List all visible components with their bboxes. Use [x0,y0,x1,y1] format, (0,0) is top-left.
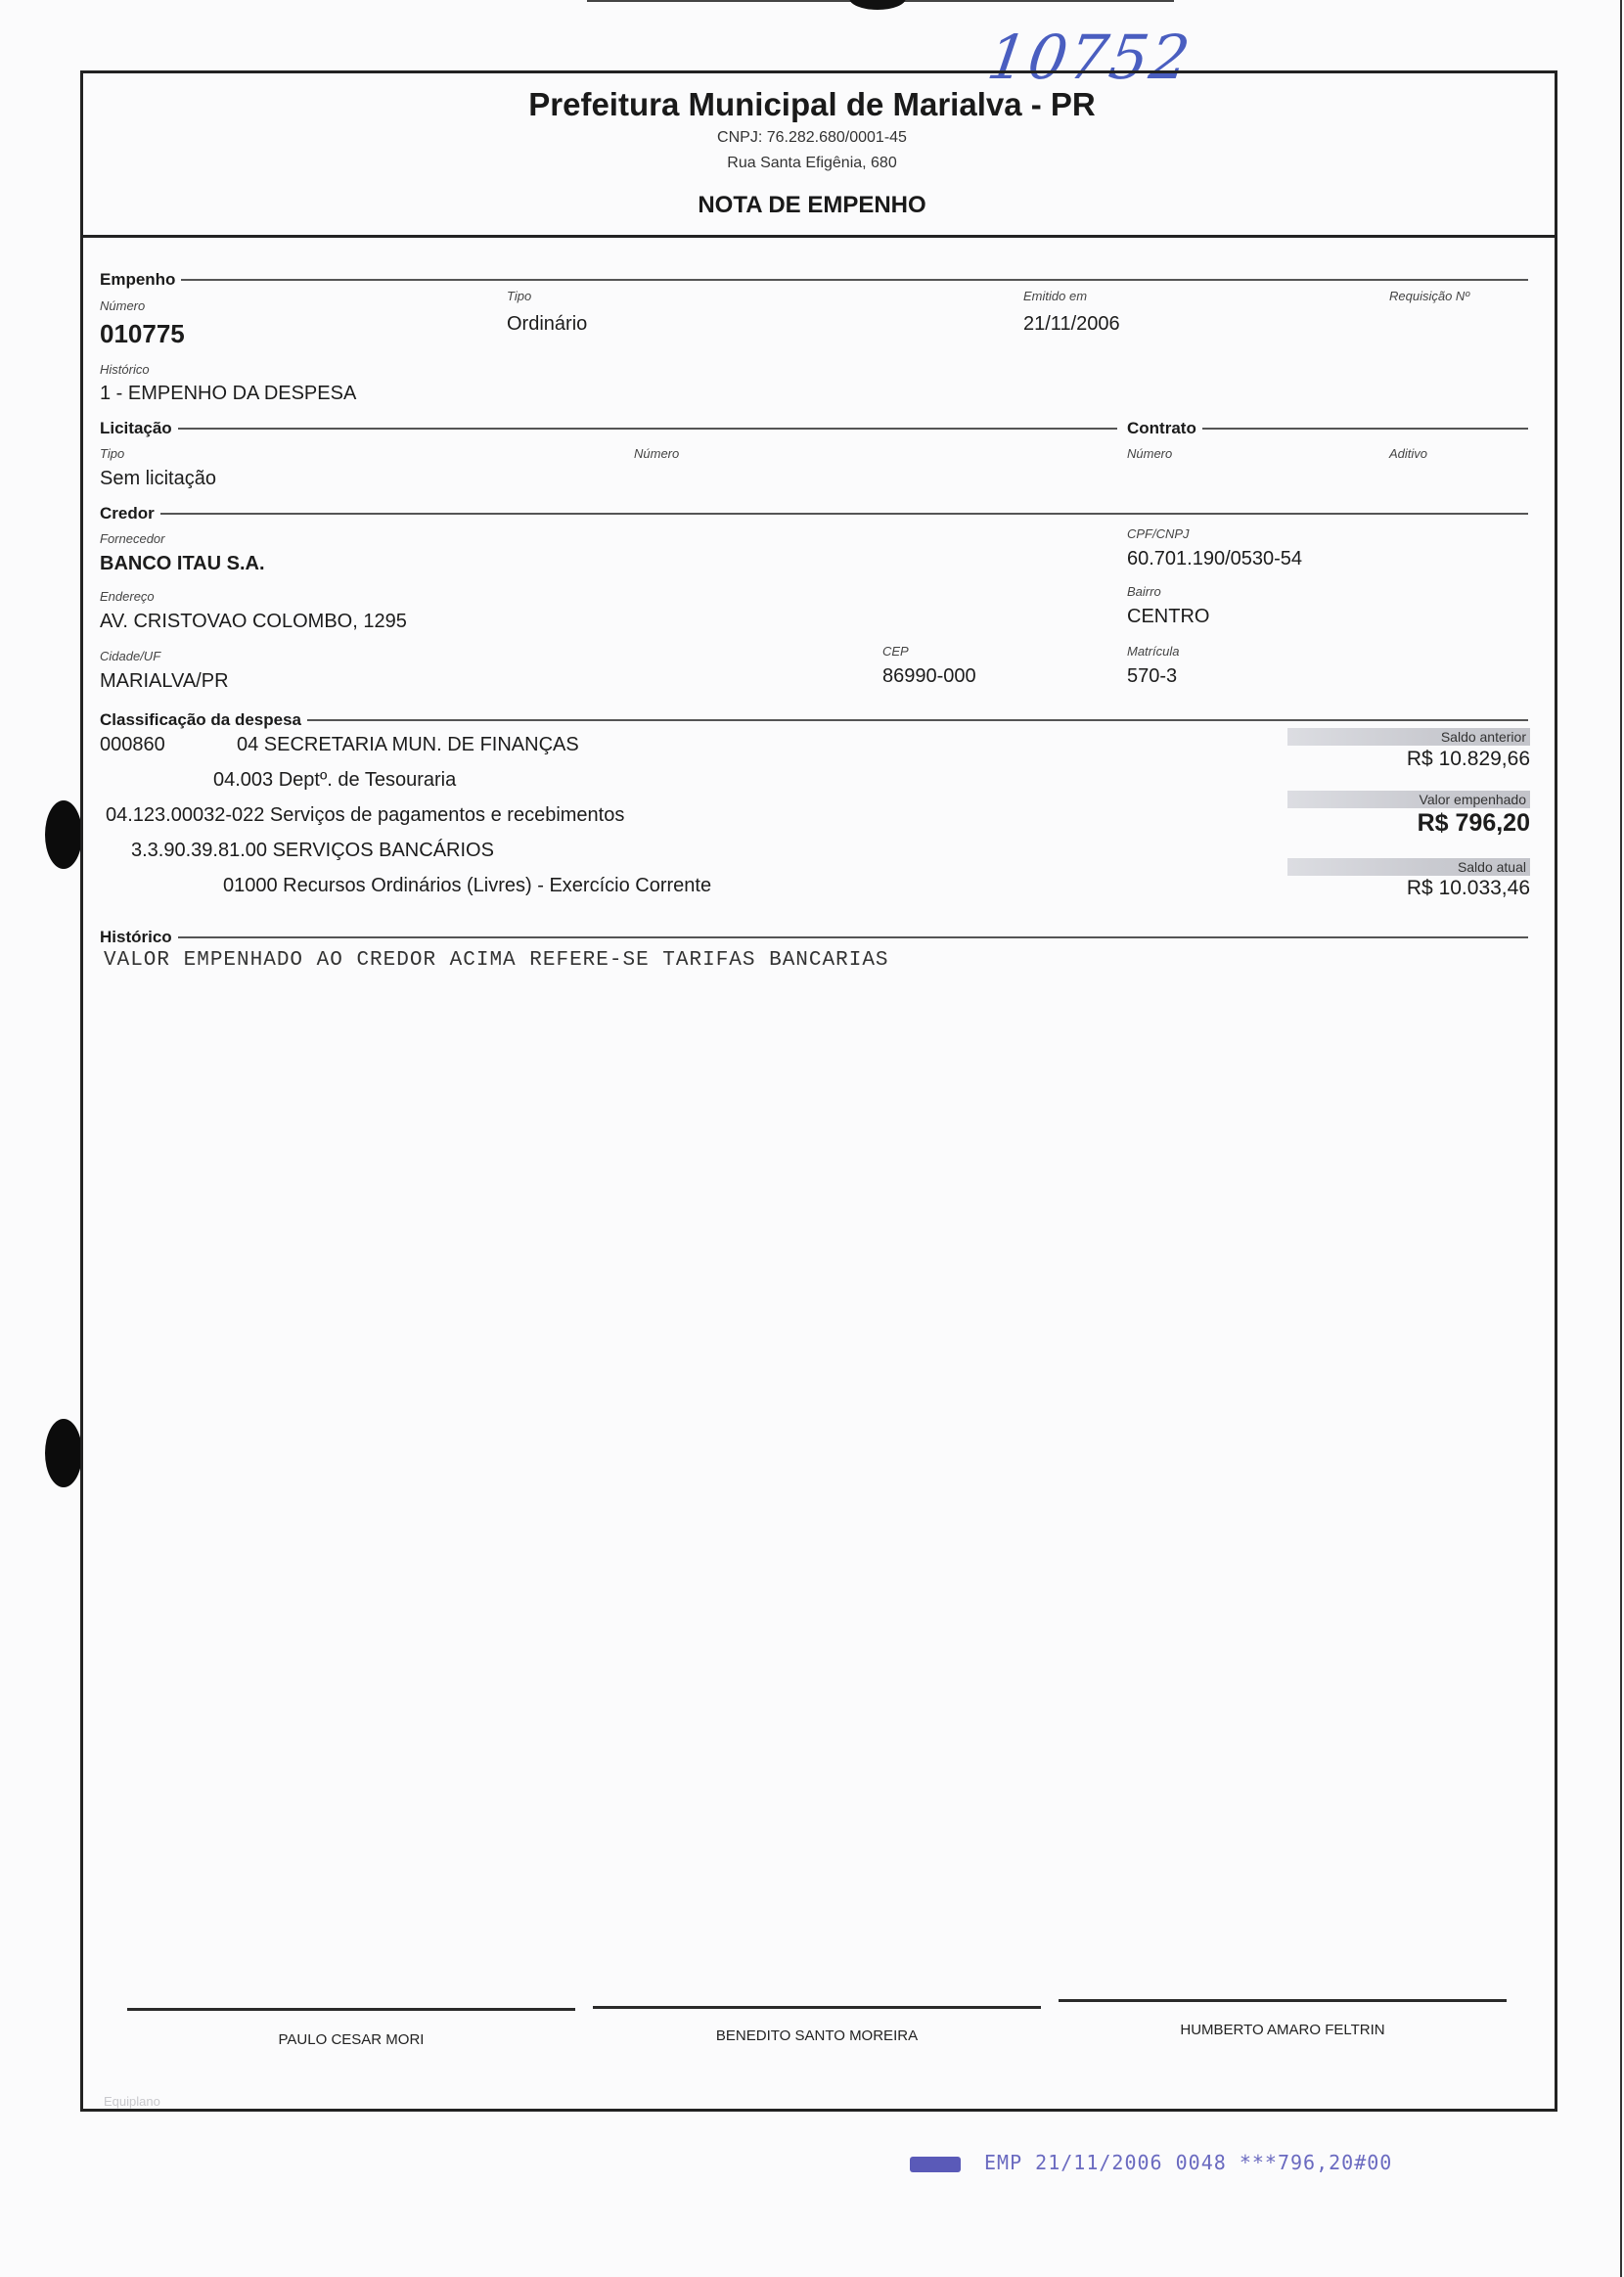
page-edge [1620,0,1622,2277]
section-contrato: Contrato [1127,419,1528,438]
matricula: 570-3 [1127,665,1177,688]
contrato-numero-caption: Número [1127,446,1172,461]
emitido-date: 21/11/2006 [1023,313,1120,336]
section-label: Contrato [1127,419,1196,438]
section-historico: Histórico [100,928,1528,947]
classificacao-unidade: 04.003 Deptº. de Tesouraria [213,769,456,792]
empenho-numero: 010775 [100,319,185,349]
cep-caption: CEP [882,644,909,659]
historico-caption: Histórico [100,362,150,377]
bank-stamp-text: EMP 21/11/2006 0048 ***796,20#00 [984,2151,1392,2174]
software-watermark: Equiplano [104,2094,160,2109]
issuer-cnpj: CNPJ: 76.282.680/0001-45 [0,129,1624,147]
punch-hole [849,0,906,10]
section-rule [307,719,1528,721]
saldo-anterior: R$ 10.829,66 [1407,748,1530,771]
contrato-aditivo-caption: Aditivo [1389,446,1427,461]
section-classificacao: Classificação da despesa [100,710,1528,730]
signature-line [127,2008,575,2011]
licitacao-tipo: Sem licitação [100,468,216,490]
cpf-cnpj: 60.701.190/0530-54 [1127,548,1302,570]
issuer-title: Prefeitura Municipal de Marialva - PR [0,86,1624,123]
punch-hole [45,1419,82,1487]
signatory-2: BENEDITO SANTO MOREIRA [593,2027,1041,2044]
licitacao-numero-caption: Número [634,446,679,461]
section-credor: Credor [100,504,1528,524]
section-label: Licitação [100,419,172,438]
endereco: AV. CRISTOVAO COLOMBO, 1295 [100,611,407,633]
punch-hole [45,800,82,869]
signatory-3: HUMBERTO AMARO FELTRIN [1059,2022,1507,2038]
classificacao-recurso: 01000 Recursos Ordinários (Livres) - Exe… [223,875,711,897]
cpf-cnpj-caption: CPF/CNPJ [1127,526,1190,541]
section-empenho: Empenho [100,270,1528,290]
issuer-address: Rua Santa Efigênia, 680 [0,155,1624,172]
classificacao-funcional: 04.123.00032-022 Serviços de pagamentos … [106,804,624,827]
section-rule [181,279,1528,281]
valor-empenhado-label: Valor empenhado [1287,791,1530,808]
cep: 86990-000 [882,665,976,688]
empenho-historico: 1 - EMPENHO DA DESPESA [100,383,356,405]
emitido-caption: Emitido em [1023,289,1087,303]
signature-line [1059,1999,1507,2002]
historico-text: VALOR EMPENHADO AO CREDOR ACIMA REFERE-S… [104,949,889,972]
requisicao-caption: Requisição Nº [1389,289,1469,303]
saldo-anterior-label: Saldo anterior [1287,728,1530,746]
endereco-caption: Endereço [100,589,155,604]
bairro: CENTRO [1127,606,1209,628]
section-label: Classificação da despesa [100,710,301,730]
section-rule [178,428,1117,430]
bairro-caption: Bairro [1127,584,1161,599]
numero-caption: Número [100,298,145,313]
empenho-tipo: Ordinário [507,313,587,336]
valor-empenhado: R$ 796,20 [1418,809,1530,838]
document-title: NOTA DE EMPENHO [0,192,1624,219]
licitacao-tipo-caption: Tipo [100,446,124,461]
section-licitacao: Licitação [100,419,1117,438]
signature-line [593,2006,1041,2009]
tipo-caption: Tipo [507,289,531,303]
section-rule [160,513,1528,515]
section-label: Credor [100,504,155,524]
bank-logo-icon [910,2157,961,2172]
cidade: MARIALVA/PR [100,670,229,693]
fornecedor-name: BANCO ITAU S.A. [100,553,265,575]
saldo-atual-label: Saldo atual [1287,858,1530,876]
cidade-caption: Cidade/UF [100,649,160,663]
saldo-atual: R$ 10.033,46 [1407,877,1530,900]
section-label: Histórico [100,928,172,947]
classificacao-code: 000860 [100,734,165,756]
fornecedor-caption: Fornecedor [100,531,164,546]
matricula-caption: Matrícula [1127,644,1179,659]
classificacao-orgao: 04 SECRETARIA MUN. DE FINANÇAS [237,734,579,756]
section-rule [178,936,1528,938]
document-frame [80,70,1557,2112]
bank-stamp: EMP 21/11/2006 0048 ***796,20#00 [910,2151,1392,2174]
classificacao-elemento: 3.3.90.39.81.00 SERVIÇOS BANCÁRIOS [131,840,494,862]
section-rule [1202,428,1528,430]
signatory-1: PAULO CESAR MORI [127,2031,575,2048]
header-divider [80,235,1557,238]
section-label: Empenho [100,270,175,290]
